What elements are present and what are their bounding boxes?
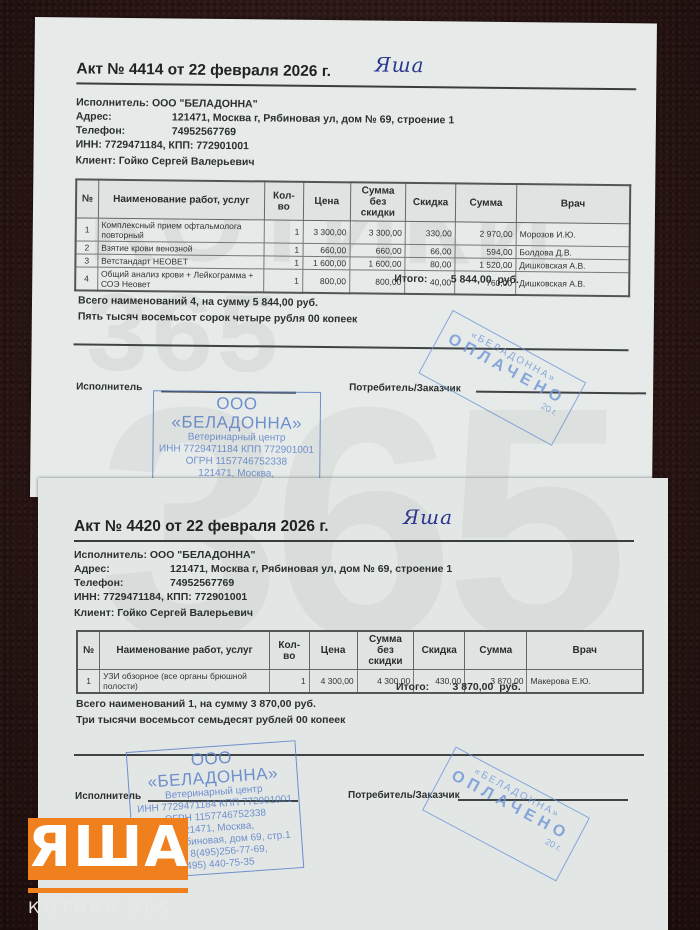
table-cell: 594,00: [455, 245, 516, 259]
table-cell: Дишковская А.В.: [516, 272, 630, 297]
phone-value: 74952567769: [170, 576, 234, 590]
executor-value: ООО "БЕЛАДОННА": [152, 96, 258, 111]
table-row: 1УЗИ обзорное (все органы брюшной полост…: [77, 670, 643, 694]
table-cell: 1: [264, 220, 303, 243]
stamp-line: ИНН 7729471184 КПП 772901001: [157, 443, 315, 457]
table-cell: 660,00: [350, 244, 406, 258]
column-header: Врач: [516, 184, 630, 224]
table-cell: 660,00: [303, 243, 350, 256]
table-cell: Комплексный прием офтальмолога повторный: [98, 218, 264, 243]
address-label: Адрес:: [76, 109, 172, 124]
paid-stamp: «БЕЛАДОННА» ОПЛАЧЕНО 20 г.: [422, 747, 590, 882]
stamp-org-name: ООО «БЕЛАДОННА»: [158, 393, 316, 433]
address-label: Адрес:: [74, 562, 170, 576]
act-title: Акт № 4414 от 22 февраля 2026 г.: [76, 60, 636, 90]
column-header: Наименование работ, услуг: [98, 180, 265, 220]
handwritten-note: Яша: [374, 53, 424, 78]
table-cell: 4: [75, 267, 97, 291]
table-cell: 1: [264, 256, 303, 269]
phone-value: 74952567769: [172, 124, 236, 139]
column-header: №: [76, 179, 99, 218]
column-header: Скидка: [405, 183, 455, 222]
phone-label: Телефон:: [74, 576, 170, 590]
table-cell: 1: [264, 243, 303, 256]
amount-in-words: Пять тысяч восемьсот сорок четыре рубля …: [78, 308, 358, 327]
column-header: Цена: [309, 631, 357, 670]
executor-label: Исполнитель:: [74, 548, 147, 562]
total-currency: руб.: [499, 681, 521, 693]
logo-subtitle: КОТИКИ 365: [28, 898, 188, 917]
act-sheet-1: КОТИКИ 365 Акт № 4414 от 22 февраля 2026…: [30, 17, 657, 503]
table-cell: 1: [263, 269, 302, 293]
address-value: 121471, Москва г, Рябиновая ул, дом № 69…: [170, 562, 452, 576]
client-value: Гойко Сергей Валерьевич: [117, 606, 253, 620]
summary-line: Всего наименований 1, на сумму 3 870,00 …: [76, 696, 345, 712]
table-cell: 80,00: [405, 257, 455, 271]
logo-title: ЯША: [28, 818, 188, 880]
services-table: №Наименование работ, услугКол-воЦенаСумм…: [76, 630, 644, 694]
table-cell: Макерова Е.Ю.: [527, 670, 643, 694]
paid-stamp-text: ОПЛАЧЕНО: [440, 763, 581, 849]
column-header: Кол-во: [264, 181, 303, 220]
act-title: Акт № 4420 от 22 февраля 2026 г.: [74, 518, 634, 542]
paid-stamp: «БЕЛАДОННА» ОПЛАЧЕНО 20 г.: [418, 310, 586, 446]
act-info: Исполнитель: ООО "БЕЛАДОННА" Адрес:12147…: [75, 95, 454, 171]
table-cell: Морозов И.Ю.: [516, 223, 630, 247]
handwritten-note: Яша: [403, 505, 453, 529]
amount-in-words: Три тысячи восемьсот семьдесят рублей 00…: [76, 712, 345, 728]
sum-block: Всего наименований 4, на сумму 5 844,00 …: [78, 292, 358, 327]
client-label: Клиент:: [74, 606, 114, 620]
table-cell: УЗИ обзорное (все органы брюшной полости…: [100, 670, 270, 694]
table-cell: Общий анализ крови + Лейкограмма + СОЭ Н…: [97, 267, 263, 292]
table-cell: 3 300,00: [303, 220, 350, 243]
phone-label: Телефон:: [76, 123, 172, 138]
table-cell: 2: [76, 241, 98, 254]
table-cell: 1 600,00: [350, 257, 406, 271]
column-header: №: [77, 631, 100, 670]
table-header-row: №Наименование работ, услугКол-воЦенаСумм…: [77, 631, 643, 670]
table-header-row: №Наименование работ, услугКол-воЦенаСумм…: [76, 179, 630, 223]
inn-kpp: ИНН: 7729471184, КПП: 772901001: [76, 137, 249, 153]
table-cell: Болдова Д.В.: [516, 246, 630, 260]
total-label: Итого:: [394, 273, 427, 285]
brand-logo: ЯША КОТИКИ 365: [28, 818, 188, 917]
column-header: Кол-во: [269, 631, 309, 670]
table-cell: 800,00: [302, 269, 349, 293]
table-cell: 1 600,00: [302, 256, 349, 269]
table-cell: 1: [76, 218, 98, 241]
services-table: №Наименование работ, услугКол-воЦенаСумм…: [74, 178, 631, 297]
total-row: Итого: 5 844,00 руб.: [394, 273, 519, 286]
column-header: Скидка: [414, 631, 465, 670]
logo-underline: [28, 888, 188, 893]
client-label: Клиент:: [75, 153, 116, 167]
total-row: Итого: 3 870,00 руб.: [396, 681, 521, 693]
table-cell: 3: [75, 254, 97, 267]
table-cell: 1: [77, 670, 100, 694]
table-cell: 1 520,00: [455, 258, 516, 272]
table-cell: 4 300,00: [309, 670, 357, 694]
column-header: Цена: [303, 182, 350, 221]
column-header: Сумма: [465, 631, 527, 670]
table-cell: 2 970,00: [455, 222, 516, 246]
table-cell: Дишковская А.В.: [516, 259, 630, 273]
client-value: Гойко Сергей Валерьевич: [119, 154, 255, 169]
table-cell: 3 300,00: [350, 221, 406, 245]
executor-signature-label: Исполнитель: [76, 381, 142, 393]
divider-line: [74, 343, 629, 351]
table-row: 4Общий анализ крови + Лейкограмма + СОЭ …: [75, 267, 629, 296]
sum-block: Всего наименований 1, на сумму 3 870,00 …: [76, 696, 345, 728]
table-cell: 330,00: [405, 221, 455, 245]
table-cell: 1: [269, 670, 309, 694]
total-label: Итого:: [396, 681, 429, 693]
inn-kpp: ИНН: 7729471184, КПП: 772901001: [74, 590, 247, 604]
total-value: 3 870,00: [452, 681, 493, 693]
column-header: Сумма без скидки: [350, 182, 406, 221]
table-cell: 66,00: [405, 244, 455, 258]
total-value: 5 844,00: [451, 273, 492, 285]
column-header: Врач: [527, 631, 643, 670]
column-header: Наименование работ, услуг: [100, 631, 270, 670]
column-header: Сумма: [455, 183, 516, 222]
act-info: Исполнитель: ООО "БЕЛАДОННА" Адрес:12147…: [74, 548, 452, 620]
column-header: Сумма без скидки: [357, 631, 414, 670]
total-currency: руб.: [497, 274, 519, 286]
paid-stamp-text: ОПЛАЧЕНО: [436, 326, 576, 414]
executor-value: ООО "БЕЛАДОННА": [150, 548, 256, 562]
executor-label: Исполнитель:: [76, 95, 149, 110]
act-document: КОТИКИ 365 Акт № 4414 от 22 февраля 2026…: [30, 17, 657, 503]
